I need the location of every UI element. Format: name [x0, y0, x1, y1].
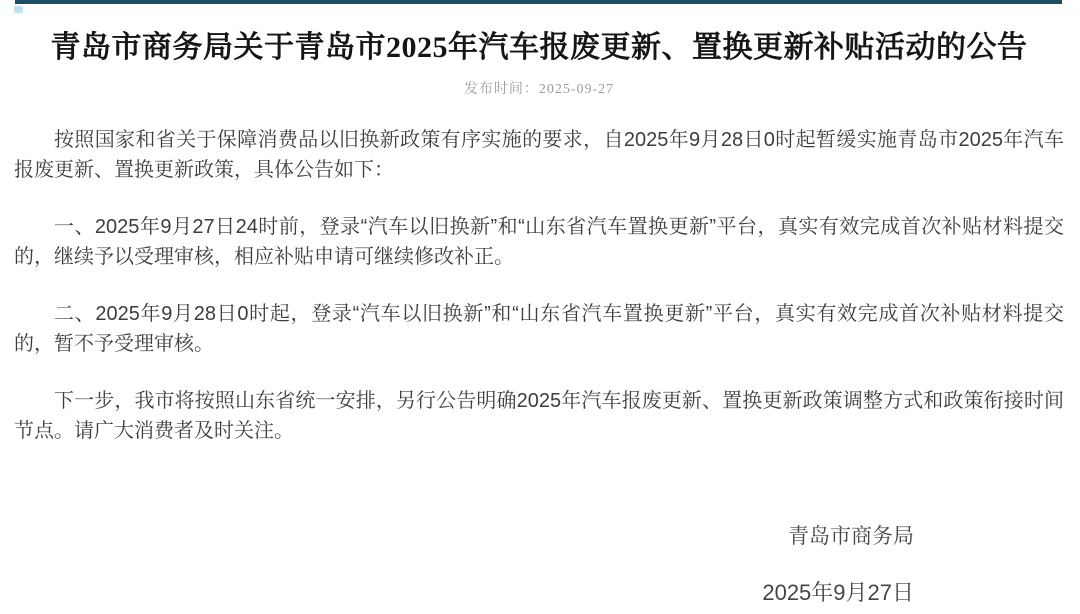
signature-block: 青岛市商务局 2025年9月27日 — [14, 525, 1064, 605]
page-title: 青岛市商务局关于青岛市2025年汽车报废更新、置换更新补贴活动的公告 — [14, 31, 1064, 65]
paragraph-intro: 按照国家和省关于保障消费品以旧换新政策有序实施的要求，自2025年9月28日0时… — [14, 125, 1064, 185]
signature-date: 2025年9月27日 — [14, 581, 914, 605]
paragraph-item-1: 一、2025年9月27日24时前，登录“汽车以旧换新”和“山东省汽车置换更新”平… — [14, 212, 1064, 272]
page: { "page": { "title": "青岛市商务局关于青岛市2025年汽车… — [0, 0, 1080, 614]
notice-article: 青岛市商务局关于青岛市2025年汽车报废更新、置换更新补贴活动的公告 发布时间：… — [0, 0, 1080, 605]
paragraph-next-steps: 下一步，我市将按照山东省统一安排，另行公告明确2025年汽车报废更新、置换更新政… — [14, 386, 1064, 446]
publish-time: 发布时间：2025-09-27 — [14, 82, 1064, 98]
paragraph-item-2: 二、2025年9月28日0时起，登录“汽车以旧换新”和“山东省汽车置换更新”平台… — [14, 299, 1064, 359]
signature-agency: 青岛市商务局 — [14, 525, 914, 549]
notice-body: 按照国家和省关于保障消费品以旧换新政策有序实施的要求，自2025年9月28日0时… — [14, 125, 1064, 446]
